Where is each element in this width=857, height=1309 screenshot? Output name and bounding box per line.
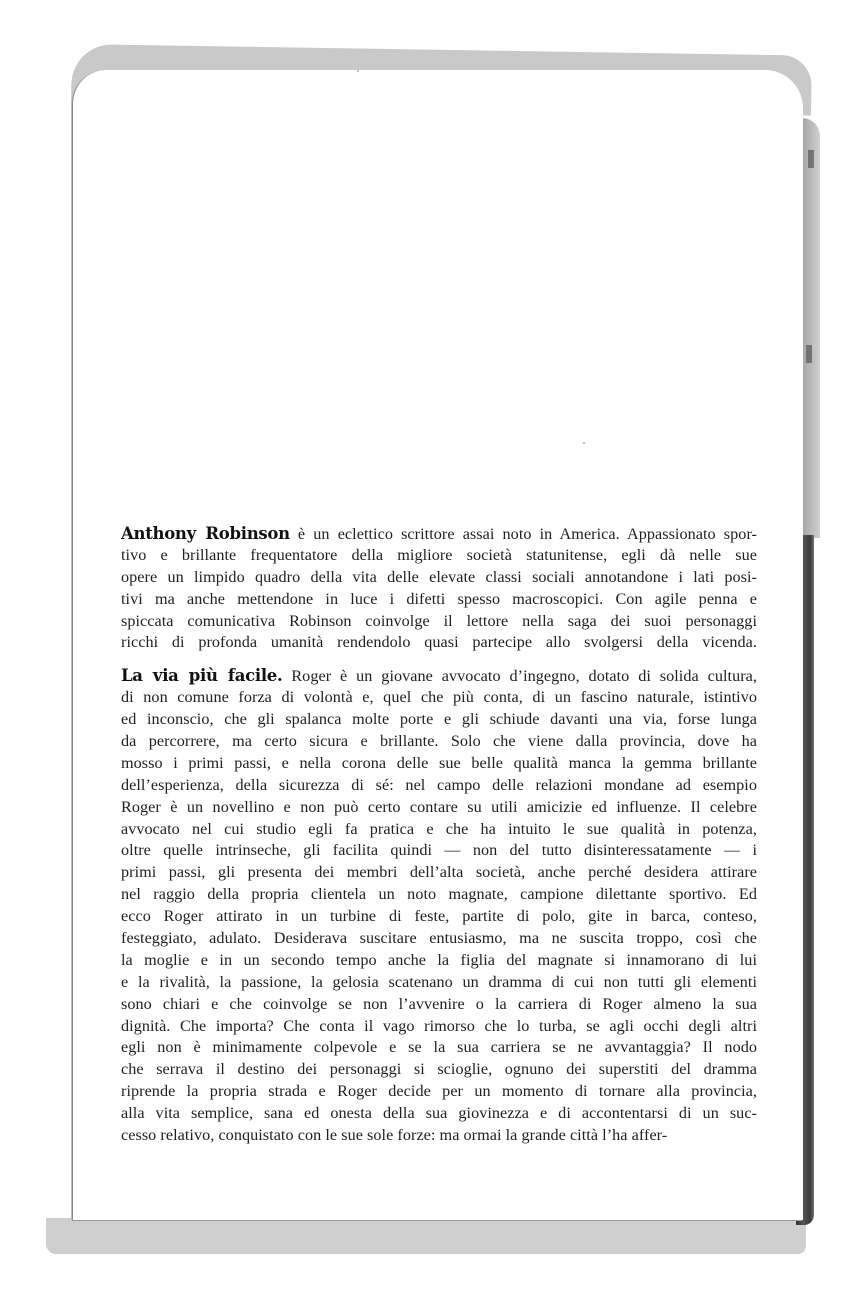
text-line: egli non è minimamente colpevole e se la… <box>121 1037 757 1059</box>
spine-mark <box>808 150 814 168</box>
book-title-heading: La via più facile. <box>121 666 282 685</box>
author-name-heading: Anthony Robinson <box>121 524 290 543</box>
text-line: ricchi di profonda umanità rendendolo qu… <box>121 632 757 654</box>
text-line: nel raggio della propria clientela un no… <box>121 884 757 906</box>
text-line-last: cesso relativo, conquistato con le sue s… <box>121 1125 757 1147</box>
speck <box>357 70 359 72</box>
text-line: ecco Roger attirato in un turbine di fes… <box>121 906 757 928</box>
text-line: la moglie e in un secondo tempo anche la… <box>121 950 757 972</box>
text-line: e la rivalità, la passione, la gelosia s… <box>121 972 757 994</box>
blurb-text: Anthony Robinson è un eclettico scrittor… <box>121 523 757 1147</box>
text-line: opere un limpido quadro della vita delle… <box>121 567 757 589</box>
text-line: riprende la propria strada e Roger decid… <box>121 1081 757 1103</box>
text-line: tivi ma anche mettendone in luce i difet… <box>121 589 757 611</box>
author-paragraph: Anthony Robinson è un eclettico scrittor… <box>121 523 757 654</box>
spine-mark <box>806 345 812 363</box>
text-line: avvocato nel cui studio egli fa pratica … <box>121 819 757 841</box>
text-line: che serrava il destino dei personaggi si… <box>121 1059 757 1081</box>
text-line: oltre quelle intrinseche, gli facilita q… <box>121 840 757 862</box>
book-spine-light <box>800 118 820 538</box>
text-line: dignità. Che importa? Che conta il vago … <box>121 1016 757 1038</box>
bottom-page-shadow <box>46 1218 806 1254</box>
text-line: alla vita semplice, sana ed onesta della… <box>121 1103 757 1125</box>
text-line: da percorrere, ma certo sicura e brillan… <box>121 731 757 753</box>
text-line: dell’esperienza, della sicurezza di sé: … <box>121 775 757 797</box>
text-line: primi passi, gli presenta dei membri del… <box>121 862 757 884</box>
text-line: Roger è un novellino e non può certo con… <box>121 797 757 819</box>
text-line: di non comune forza di volontà e, quel c… <box>121 687 757 709</box>
text-line: mosso i primi passi, e nella corona dell… <box>121 753 757 775</box>
page-bottom-edge <box>72 1220 802 1221</box>
text-line: Roger è un giovane avvocato d’ingegno, d… <box>282 667 757 685</box>
text-line: ed inconscio, che gli spalanca molte por… <box>121 709 757 731</box>
speck <box>583 442 585 444</box>
text-line: spiccata comunicativa Robinson coinvolge… <box>121 611 757 633</box>
text-line: tivo e brillante frequentatore della mig… <box>121 545 757 567</box>
text-line: sono chiari e che coinvolge se non l’avv… <box>121 994 757 1016</box>
text-line: festeggiato, adulato. Desiderava suscita… <box>121 928 757 950</box>
synopsis-paragraph: La via più facile. Roger è un giovane av… <box>121 665 757 1147</box>
text-line: è un eclettico scrittore assai noto in A… <box>290 525 757 543</box>
